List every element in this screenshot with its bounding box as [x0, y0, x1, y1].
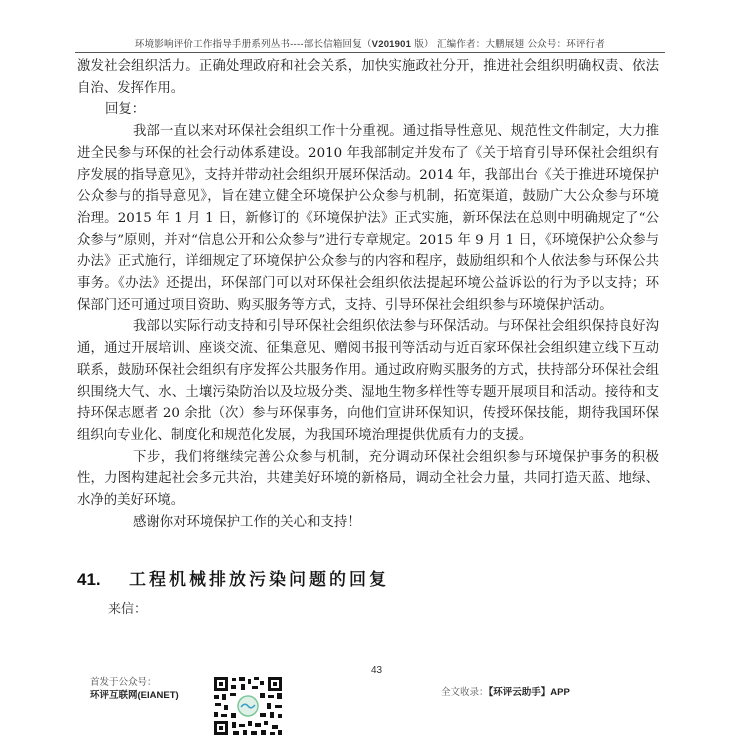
paragraph: 我部以实际行动支持和引导环保社会组织依法参与环保活动。与环保社会组织保持良好沟通… — [77, 316, 659, 446]
paragraph: 我部一直以来对环保社会组织工作十分重视。通过指导性意见、规范性文件制定，大力推进… — [77, 121, 659, 316]
footer-publisher: 首发于公众号： 环评互联网(EIANET) — [90, 676, 179, 702]
document-body: 激发社会组织活力。正确处理政府和社会关系，加快实施政社分开，推进社会组织明确权责… — [77, 56, 659, 533]
footer-collection: 全文收录：【环评云助手】APP — [441, 684, 570, 698]
app-name: 【环评云助手】APP — [489, 687, 570, 698]
paragraph: 下步，我们将继续完善公众参与机制，充分调动环保社会组织参与环境保护事务的积极性，… — [77, 447, 659, 512]
letter-label: 来信： — [108, 598, 147, 617]
first-published-label: 首发于公众号： — [90, 676, 179, 689]
section-number: 41. — [77, 570, 129, 590]
series-title: 环境影响评价工作指导手册系列丛书----部长信箱回复（ — [135, 39, 372, 50]
qr-code-icon — [212, 675, 284, 737]
closing-paragraph: 感谢你对环境保护工作的关心和支持！ — [77, 512, 659, 534]
account-name: 环评互联网(EIANET) — [90, 689, 179, 702]
page-header: 环境影响评价工作指导手册系列丛书----部长信箱回复（V201901 版） 汇编… — [75, 36, 665, 53]
full-text-label: 全文收录： — [441, 687, 489, 698]
reply-label: 回复： — [77, 99, 659, 121]
version-label: V201901 — [372, 39, 411, 50]
section-heading: 41.工程机械排放污染问题的回复 — [77, 565, 389, 590]
paragraph-continuation: 激发社会组织活力。正确处理政府和社会关系，加快实施政社分开，推进社会组织明确权责… — [77, 56, 659, 99]
page-number: 43 — [371, 665, 382, 676]
section-title: 工程机械排放污染问题的回复 — [129, 570, 389, 590]
header-author: 版） 汇编作者：大鹏展翅 公众号：环评行者 — [411, 39, 605, 50]
